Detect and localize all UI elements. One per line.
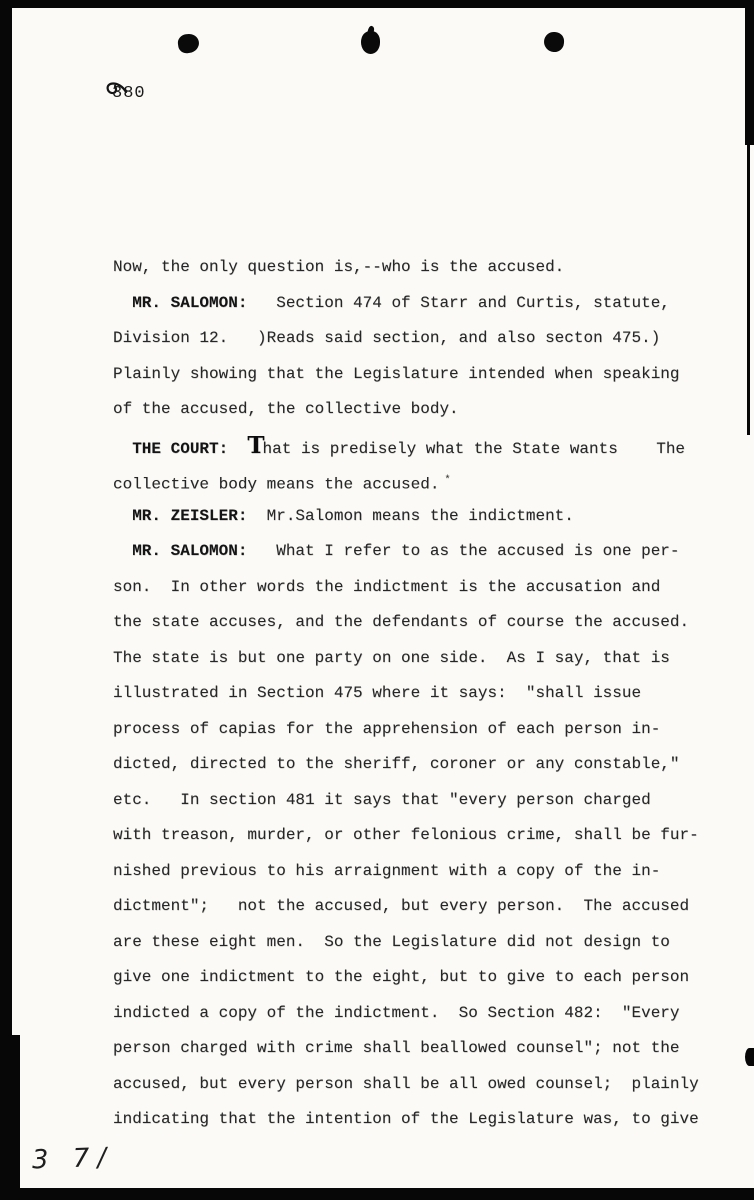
scan-border-left-bottom: [0, 1035, 20, 1200]
line-text: The state is but one party on one side. …: [113, 649, 670, 667]
line-text: nished previous to his arraignment with …: [113, 862, 660, 880]
transcript-line: indicating that the intention of the Leg…: [113, 1102, 723, 1138]
scan-border-right-top: [745, 0, 754, 145]
speaker-label: MR. SALOMON:: [113, 294, 247, 312]
line-text: indicating that the intention of the Leg…: [113, 1110, 699, 1128]
transcript-line: give one indictment to the eight, but to…: [113, 960, 723, 996]
binder-hole-mark-center-icon: [361, 31, 380, 54]
transcript-line: Division 12. )Reads said section, and al…: [113, 321, 723, 357]
line-text: process of capias for the apprehension o…: [113, 720, 660, 738]
line-text: give one indictment to the eight, but to…: [113, 968, 689, 986]
transcript-line: Now, the only question is,--who is the a…: [113, 250, 723, 286]
transcript-line: MR. SALOMON: What I refer to as the accu…: [113, 534, 723, 570]
transcript-line: with treason, murder, or other felonious…: [113, 818, 723, 854]
line-text: illustrated in Section 475 where it says…: [113, 684, 641, 702]
line-text: etc. In section 481 it says that "every …: [113, 791, 651, 809]
line-text: Section 474 of Starr and Curtis, statute…: [247, 294, 669, 312]
speaker-label: MR. ZEISLER:: [113, 507, 247, 525]
transcript-line: THE COURT: That is predisely what the St…: [113, 428, 723, 464]
footnote-mark: *: [444, 475, 450, 486]
line-text: person charged with crime shall beallowe…: [113, 1039, 680, 1057]
overstruck-letter: T: [247, 432, 262, 459]
transcript-line: The state is but one party on one side. …: [113, 641, 723, 677]
transcript-line: are these eight men. So the Legislature …: [113, 925, 723, 961]
speaker-label: MR. SALOMON:: [113, 542, 247, 560]
transcript-line: nished previous to his arraignment with …: [113, 854, 723, 890]
line-text: son. In other words the indictment is th…: [113, 578, 660, 596]
transcript-line: MR. SALOMON: Section 474 of Starr and Cu…: [113, 286, 723, 322]
transcript-line: accused, but every person shall be all o…: [113, 1067, 723, 1103]
line-text: are these eight men. So the Legislature …: [113, 933, 670, 951]
line-text: Division 12. )Reads said section, and al…: [113, 329, 660, 347]
scan-border-right-line: [747, 140, 750, 435]
line-text: hat is predisely what the State wants Th…: [263, 440, 685, 458]
line-text: What I refer to as the accused is one pe…: [247, 542, 679, 560]
line-text: of the accused, the collective body.: [113, 400, 459, 418]
line-text: indicted a copy of the indictment. So Se…: [113, 1004, 680, 1022]
line-text: Mr.Salomon means the indictment.: [247, 507, 573, 525]
transcript-line: indicted a copy of the indictment. So Se…: [113, 996, 723, 1032]
scan-border-right-notch: [745, 1048, 754, 1066]
line-text: collective body means the accused.: [113, 475, 439, 493]
line-text: dictment"; not the accused, but every pe…: [113, 897, 689, 915]
transcript-line: the state accuses, and the defendants of…: [113, 605, 723, 641]
transcript-line: person charged with crime shall beallowe…: [113, 1031, 723, 1067]
transcript-line: dicted, directed to the sheriff, coroner…: [113, 747, 723, 783]
handwritten-flourish-icon: [102, 79, 128, 103]
line-text: the state accuses, and the defendants of…: [113, 613, 689, 631]
line-text: dicted, directed to the sheriff, coroner…: [113, 755, 680, 773]
scan-border-top: [0, 0, 754, 8]
transcript: Now, the only question is,--who is the a…: [113, 250, 723, 1138]
transcript-line: process of capias for the apprehension o…: [113, 712, 723, 748]
transcript-line: of the accused, the collective body.: [113, 392, 723, 428]
handwritten-folio-number: 3 7/: [32, 1143, 115, 1176]
transcript-line: illustrated in Section 475 where it says…: [113, 676, 723, 712]
speaker-label: THE COURT:: [113, 440, 247, 458]
binder-hole-mark-right-icon: [543, 31, 565, 53]
line-text: Plainly showing that the Legislature int…: [113, 365, 680, 383]
transcript-line: etc. In section 481 it says that "every …: [113, 783, 723, 819]
transcript-line: collective body means the accused.*: [113, 463, 723, 499]
line-text: with treason, murder, or other felonious…: [113, 826, 699, 844]
line-text: accused, but every person shall be all o…: [113, 1075, 699, 1093]
transcript-line: MR. ZEISLER: Mr.Salomon means the indict…: [113, 499, 723, 535]
scan-border-left: [0, 0, 12, 1200]
scan-border-bottom: [0, 1188, 754, 1200]
binder-hole-mark-left-icon: [177, 33, 200, 55]
transcript-line: Plainly showing that the Legislature int…: [113, 357, 723, 393]
transcript-line: dictment"; not the accused, but every pe…: [113, 889, 723, 925]
transcript-line: son. In other words the indictment is th…: [113, 570, 723, 606]
line-text: Now, the only question is,--who is the a…: [113, 258, 564, 276]
